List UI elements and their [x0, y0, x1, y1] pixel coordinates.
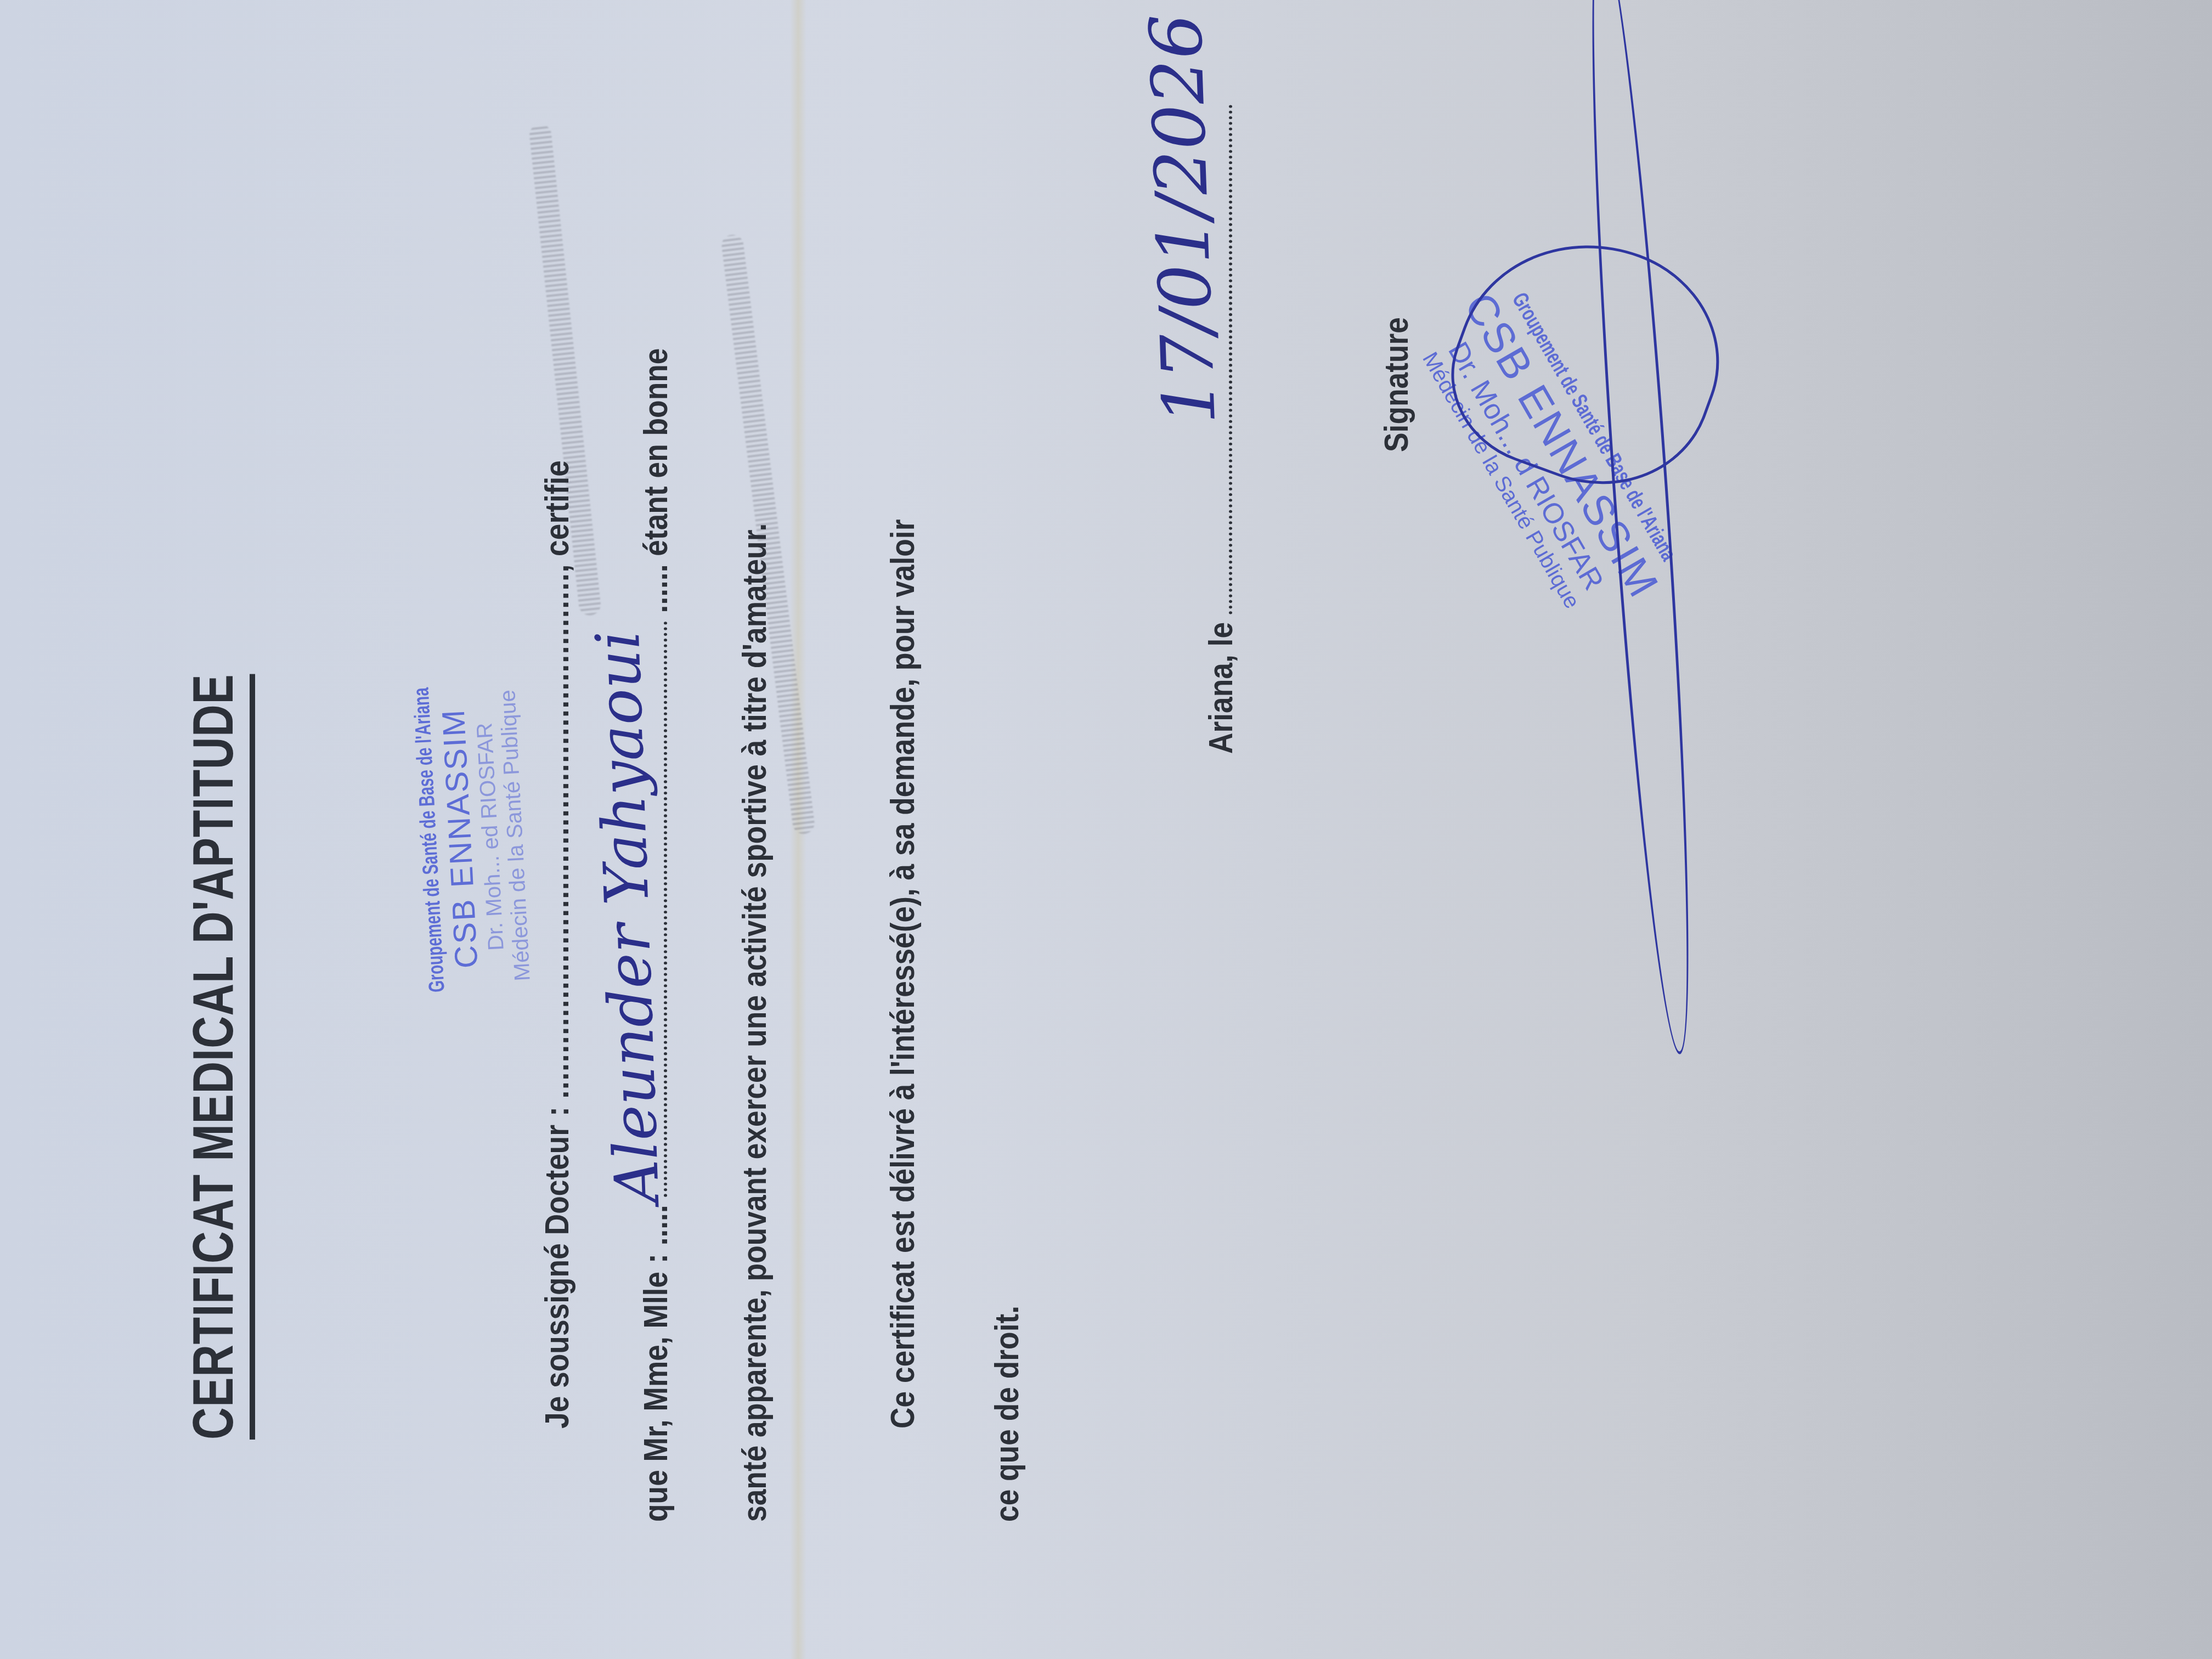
patient-dots: ...... — [637, 565, 675, 613]
line-closing: ce que de droit. — [988, 1306, 1026, 1522]
certifie-text: , certifie — [538, 460, 576, 572]
line-doctor: Je soussigné Docteur : .................… — [538, 460, 577, 1429]
document-title: CERTIFICAT MEDICAL D'APTITUDE — [181, 674, 255, 1440]
doctor-label: Je soussigné Docteur : — [538, 1107, 576, 1429]
certificate-page: CERTIFICAT MEDICAL D'APTITUDE Groupement… — [0, 0, 2212, 1659]
bonne-sante-text: étant en bonne — [637, 348, 675, 556]
line-delivery: Ce certificat est délivré à l'intéressé(… — [883, 520, 922, 1429]
line-health: santé apparente, pouvant exercer une act… — [735, 523, 774, 1522]
patient-label: que Mr, Mme, Mlle : ..... — [637, 1205, 675, 1522]
doctor-field: ........................................… — [538, 573, 576, 1099]
handwritten-date: 17/01/2026 — [1134, 12, 1232, 426]
clinic-stamp: Groupement de Santé de Base de l'Ariana … — [405, 617, 539, 1058]
place-label: Ariana, le — [1202, 622, 1240, 754]
